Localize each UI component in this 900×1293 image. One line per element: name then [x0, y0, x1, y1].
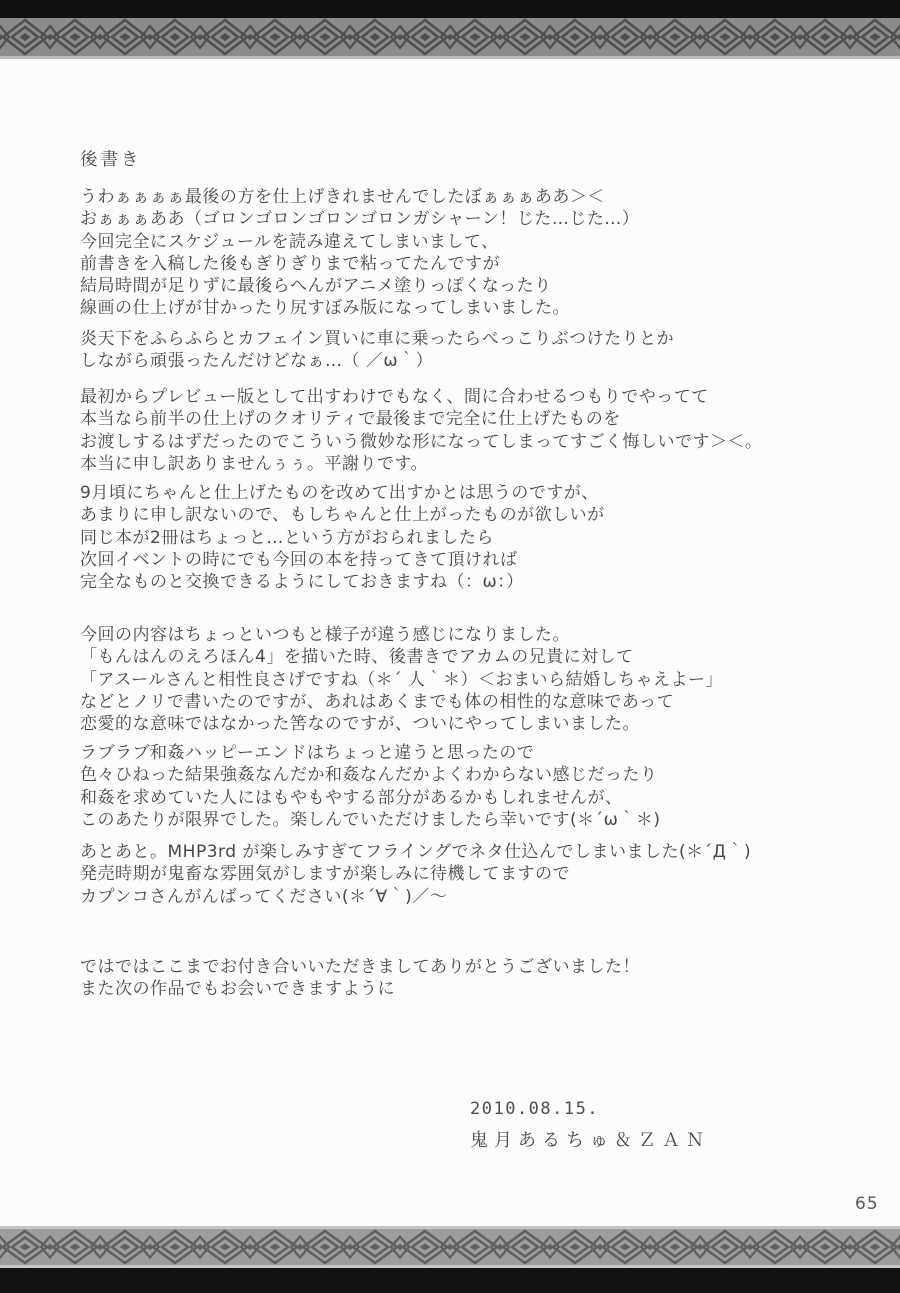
- paragraph-closing-thanks: ではではここまでお付き合いいただきましてありがとうございました！ また次の作品で…: [80, 956, 640, 1001]
- text-line: 線画の仕上げが甘かったり尻すぼみ版になってしまいました。: [80, 297, 639, 319]
- text-line: 今回の内容はちょっといつもと様子が違う感じになりました。: [80, 624, 723, 646]
- text-line: 「もんはんのえろほん4」を描いた時、後書きでアカムの兄貴に対して: [80, 646, 723, 668]
- text-line: 完全なものと交換できるようにしておきますね（：ω：）: [80, 571, 605, 593]
- paragraph-mhp3rd: あとあと。MHP3rd が楽しみすぎてフライングでネタ仕込んでしまいました(＊´…: [80, 841, 751, 908]
- text-line: カプンコさんがんばってください(＊´∀｀)／～: [80, 886, 751, 908]
- text-line: などとノリで書いたのですが、あれはあくまでも体の相性的な意味であって: [80, 691, 723, 713]
- text-line: 和姦を求めていた人にはもやもやする部分があるかもしれませんが、: [80, 787, 661, 809]
- text-line: うわぁぁぁぁ最後の方を仕上げきれませんでしたぼぁぁぁああ＞＜: [80, 186, 639, 208]
- page-number: 65: [855, 1194, 879, 1214]
- author-credit: 鬼月あるちゅ＆ＺＡＮ: [470, 1125, 710, 1157]
- text-line: 発売時期が鬼畜な雰囲気がしますが楽しみに待機してますので: [80, 863, 751, 885]
- text-line: 本当に申し訳ありませんぅぅ。平謝りです。: [80, 453, 763, 475]
- paragraph-content-notes: 今回の内容はちょっといつもと様子が違う感じになりました。 「もんはんのえろほん4…: [80, 624, 723, 735]
- text-line: 最初からプレビュー版として出すわけでもなく、間に合わせるつもりでやってて: [80, 386, 763, 408]
- publication-date: 2010.08.15.: [470, 1093, 710, 1125]
- bottom-diamond-band-pattern: [0, 1229, 900, 1265]
- paragraph-exchange-offer: 9月頃にちゃんと仕上げたものを改めて出すかとは思うのですが、 あまりに申し訳ない…: [80, 482, 605, 593]
- paragraph-apology-intro: うわぁぁぁぁ最後の方を仕上げきれませんでしたぼぁぁぁああ＞＜ おぁぁぁああ（ゴロ…: [80, 186, 639, 320]
- afterword-page: 後書き うわぁぁぁぁ最後の方を仕上げきれませんでしたぼぁぁぁああ＞＜ おぁぁぁあ…: [0, 0, 900, 1293]
- paragraph-caffeine-story: 炎天下をふらふらとカフェイン買いに車に乗ったらべっこりぶつけたりとか しながら頑…: [80, 328, 674, 373]
- text-line: 本当なら前半の仕上げのクオリティで最後まで完全に仕上げたものを: [80, 408, 763, 430]
- text-line: このあたりが限界でした。楽しんでいただけましたら幸いです(＊´ω｀＊): [80, 809, 661, 831]
- paragraph-quality-apology: 最初からプレビュー版として出すわけでもなく、間に合わせるつもりでやってて 本当な…: [80, 386, 763, 475]
- text-line: 結局時間が足りずに最後らへんがアニメ塗りっぽくなったり: [80, 275, 639, 297]
- text-line: しながら頑張ったんだけどなぁ…（ ／ω｀）: [80, 350, 674, 372]
- text-line: あまりに申し訳ないので、もしちゃんと仕上がったものが欲しいが: [80, 504, 605, 526]
- text-line: ではではここまでお付き合いいただきましてありがとうございました！: [80, 956, 640, 978]
- text-line: 同じ本が2冊はちょっと…という方がおられましたら: [80, 527, 605, 549]
- bottom-black-strip: [0, 1268, 900, 1293]
- text-line: あとあと。MHP3rd が楽しみすぎてフライングでネタ仕込んでしまいました(＊´…: [80, 841, 751, 863]
- text-line: お渡しするはずだったのでこういう微妙な形になってしまってすごく悔しいです＞＜。: [80, 431, 763, 453]
- paragraph-story-tone: ラブラブ和姦ハッピーエンドはちょっと違うと思ったので 色々ひねった結果強姦なんだ…: [80, 742, 661, 831]
- text-line: 今回完全にスケジュールを読み違えてしまいまして、: [80, 231, 639, 253]
- colophon: 2010.08.15. 鬼月あるちゅ＆ＺＡＮ: [470, 1093, 710, 1157]
- bottom-border-ornament: [0, 1226, 900, 1293]
- text-line: 9月頃にちゃんと仕上げたものを改めて出すかとは思うのですが、: [80, 482, 605, 504]
- text-line: 次回イベントの時にでも今回の本を持ってきて頂ければ: [80, 549, 605, 571]
- text-line: 「アスールさんと相性良さげですね（＊´ 人｀＊）＜おまいら結婚しちゃえよー」: [80, 669, 723, 691]
- text-line: 前書きを入稿した後もぎりぎりまで粘ってたんですが: [80, 253, 639, 275]
- text-line: 色々ひねった結果強姦なんだか和姦なんだかよくわからない感じだったり: [80, 764, 661, 786]
- text-line: また次の作品でもお会いできますように: [80, 978, 640, 1000]
- text-line: 炎天下をふらふらとカフェイン買いに車に乗ったらべっこりぶつけたりとか: [80, 328, 674, 350]
- text-line: ラブラブ和姦ハッピーエンドはちょっと違うと思ったので: [80, 742, 661, 764]
- page-title: 後書き: [80, 146, 142, 171]
- text-line: 恋愛的な意味ではなかった筈なのですが、ついにやってしまいました。: [80, 713, 723, 735]
- text-line: おぁぁぁああ（ゴロンゴロンゴロンゴロンガシャーン！じた…じた…）: [80, 208, 639, 230]
